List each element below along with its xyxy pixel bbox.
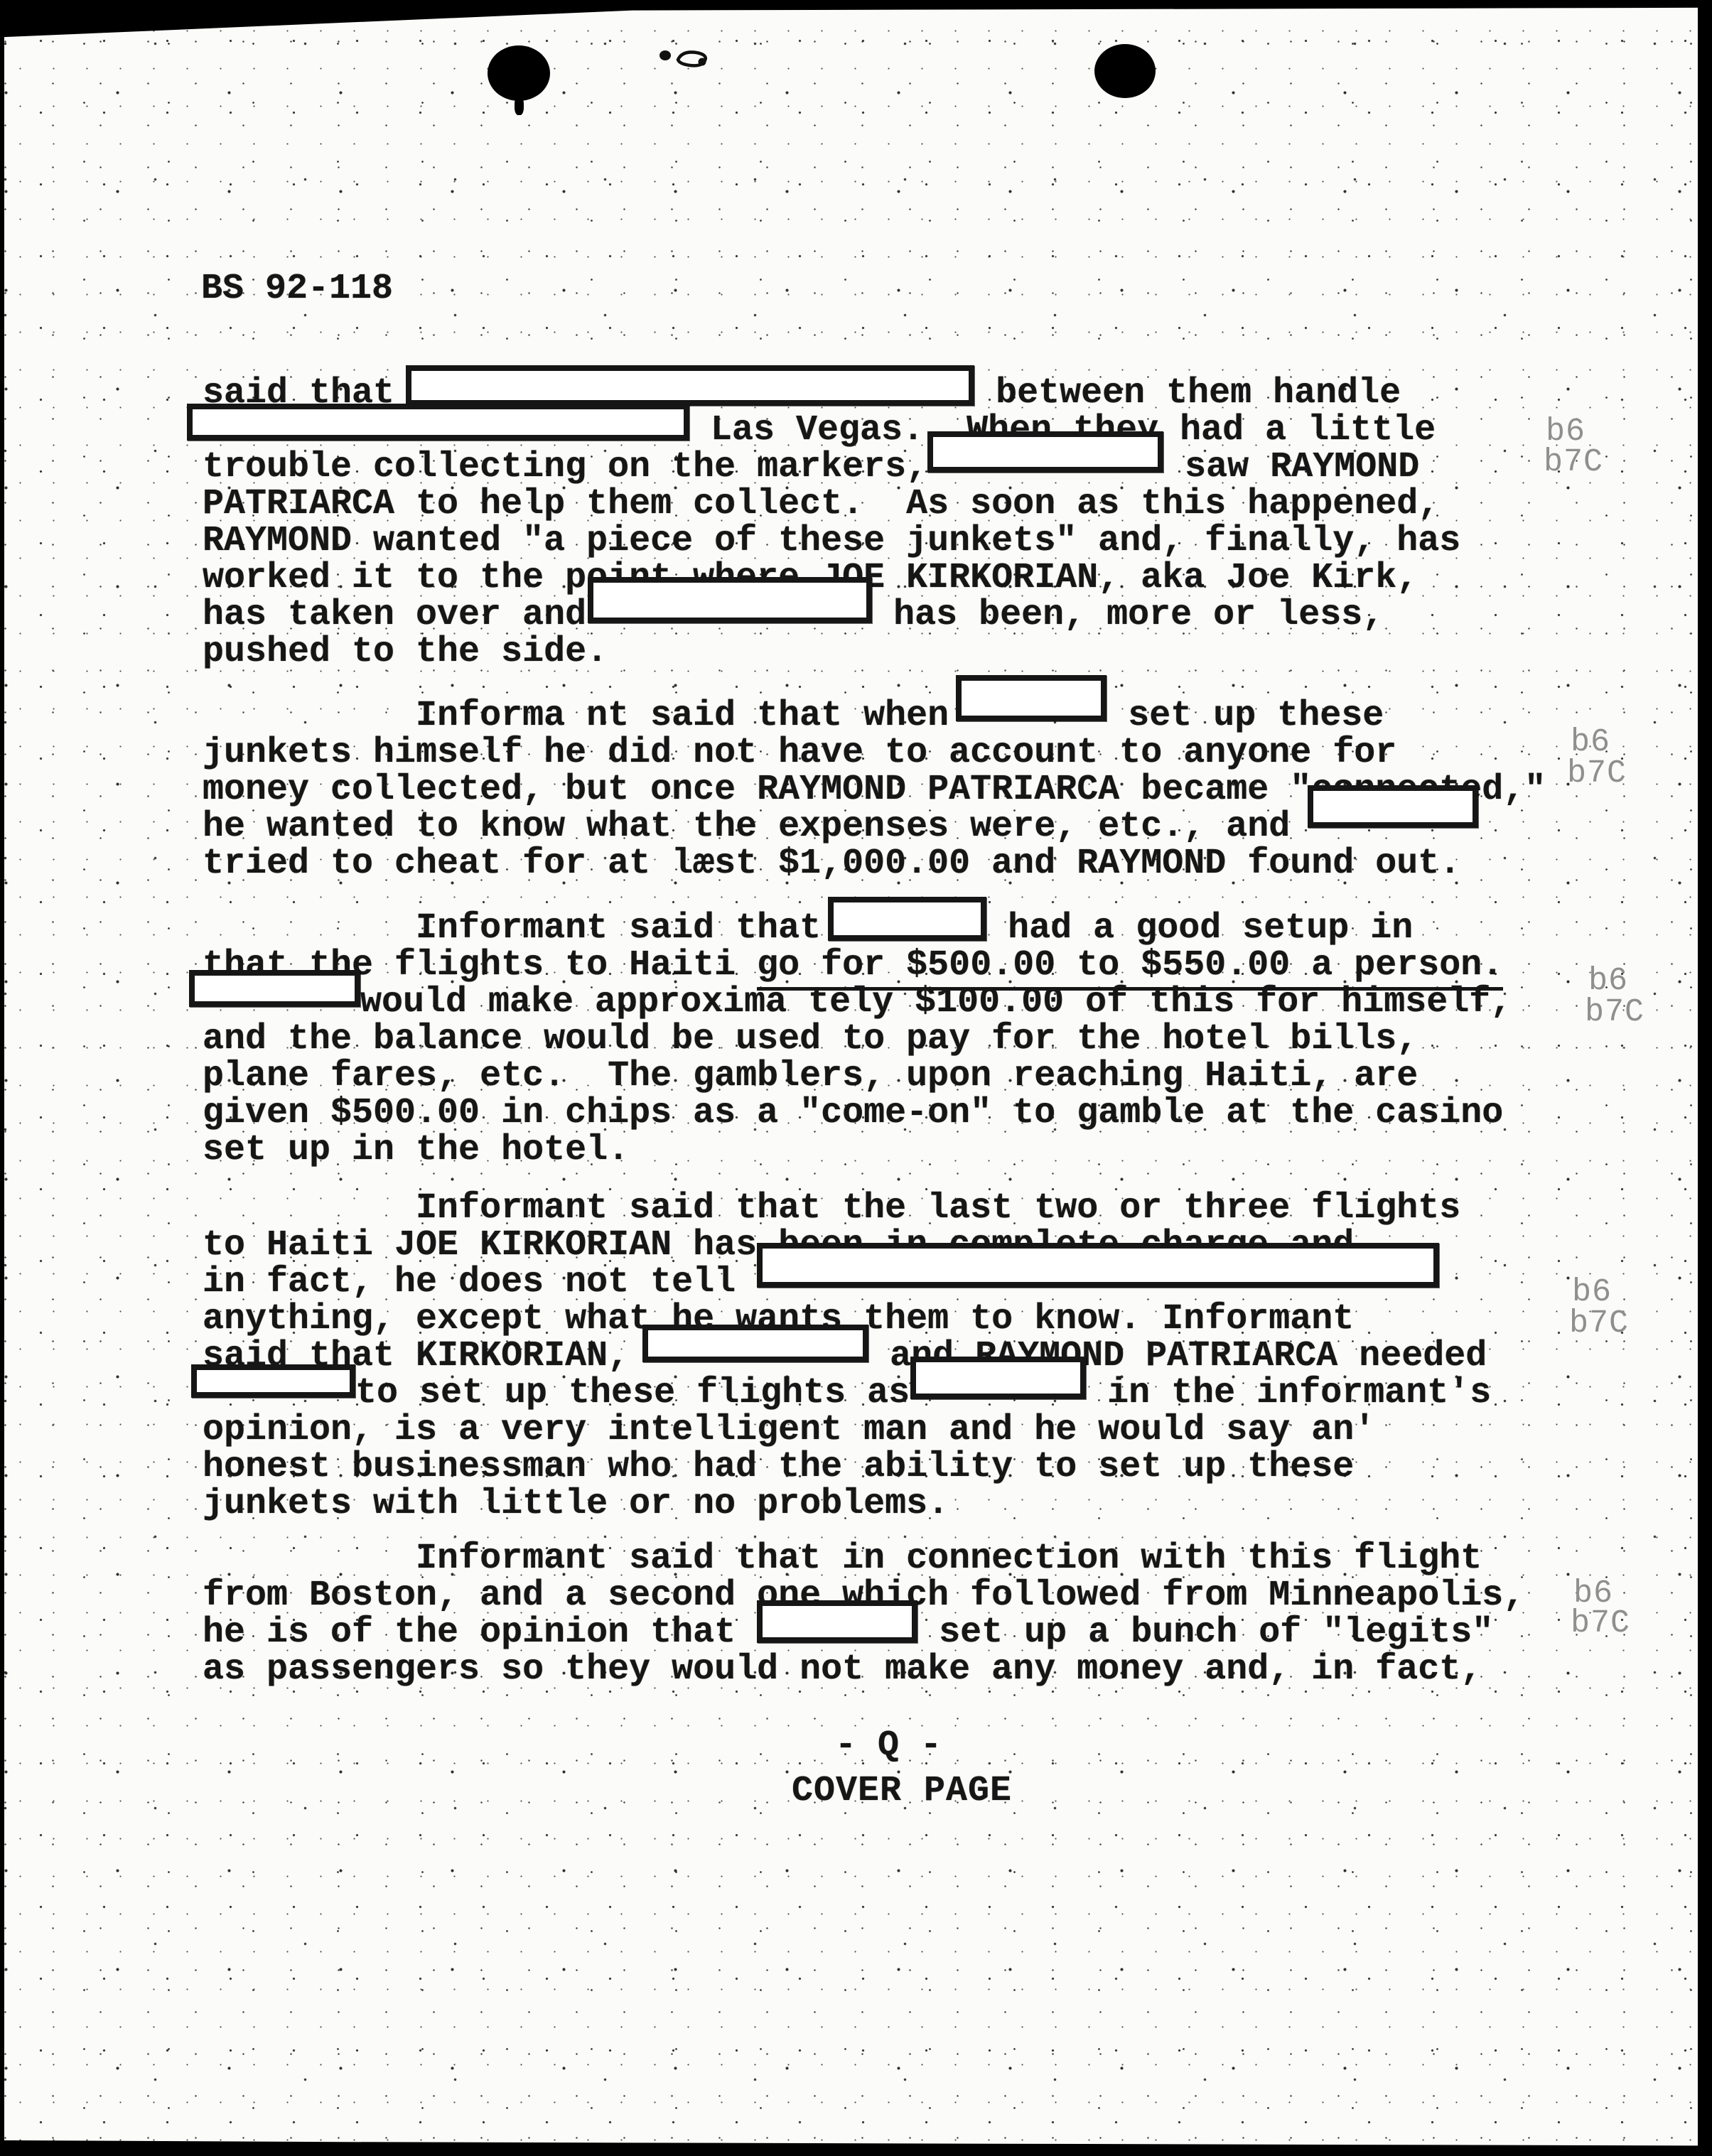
text-line: honest businessman who had the ability t…	[203, 1449, 1491, 1486]
text-line: Informant said that the last two or thre…	[203, 1190, 1491, 1227]
redaction-box-border	[757, 1243, 1439, 1288]
redaction-box	[931, 1401, 1086, 1402]
scan-edge-bottom	[0, 2138, 1712, 2156]
redaction-box-border	[588, 577, 872, 623]
text-line: in fact, he does not tell	[203, 1264, 1491, 1301]
file-number: BS 92-118	[201, 269, 393, 309]
typed-text: he wanted to know what the expenses were…	[203, 807, 1311, 847]
typed-text: junkets himself he did not have to accou…	[203, 733, 1396, 773]
typed-text: in the informant's	[1086, 1373, 1491, 1413]
redaction-box	[650, 1364, 868, 1365]
text-line: Informant said that in connection with t…	[203, 1541, 1524, 1578]
text-line: tried to cheat for at læst $1,000.00 and…	[203, 846, 1546, 883]
typed-text: Informant said that	[203, 908, 842, 949]
typed-text: set up in the hotel.	[203, 1130, 629, 1170]
typed-text: as passengers so they would not make any…	[203, 1649, 1482, 1690]
classification-code: b7C	[1544, 446, 1603, 478]
typed-text: RAYMOND wanted "a piece of these junkets…	[203, 521, 1460, 561]
redaction-box	[608, 623, 872, 624]
redaction-box-border	[1308, 785, 1478, 828]
scanned-document-page: BS 92-118 said that between them handle …	[0, 0, 1712, 2156]
punch-hole-left	[488, 45, 550, 101]
text-line: said that KIRKORIAN, and RAYMOND PATRIAR…	[203, 1338, 1491, 1375]
typed-text: set up a bunch of "legits"	[917, 1612, 1493, 1653]
typed-text: Informant said that in connection with t…	[203, 1538, 1482, 1579]
typed-text: plane fares, etc. The gamblers, upon rea…	[203, 1056, 1418, 1096]
typed-text: pushed to the side.	[203, 632, 608, 672]
text-line: and the balance would be used to pay for…	[203, 1021, 1512, 1058]
text-line: has taken over and has been, more or les…	[203, 597, 1460, 634]
typed-text: saw RAYMOND	[1163, 447, 1419, 487]
redaction-box-border	[406, 365, 974, 406]
redaction-box	[203, 438, 689, 439]
text-line: trouble collecting on the markers, saw R…	[203, 449, 1460, 486]
typed-text: had a good setup in	[986, 908, 1413, 949]
redaction-box-border	[191, 1364, 355, 1398]
text-line: to set up these flights as in the inform…	[203, 1375, 1491, 1412]
redaction-box-border	[189, 970, 360, 1007]
page-number: - Q -	[835, 1725, 942, 1766]
redaction-box	[757, 1641, 917, 1642]
text-line: opinion, is a very intelligent man and h…	[203, 1412, 1491, 1449]
text-line: junkets with little or no problems.	[203, 1486, 1491, 1523]
typed-text: tried to cheat for at læst $1,000.00 and…	[203, 843, 1460, 884]
typed-text: Informant said that the last two or thre…	[203, 1188, 1460, 1229]
redaction-box	[927, 475, 1163, 476]
classification-code: b6	[1571, 726, 1610, 758]
punch-hole-right	[1094, 44, 1156, 98]
ink-scribble	[652, 41, 721, 75]
redaction-box	[970, 724, 1107, 725]
redaction-box	[416, 401, 974, 402]
redaction-box	[757, 1290, 1439, 1291]
typed-text: in fact, he does not tell	[203, 1262, 757, 1303]
text-line: given $500.00 in chips as a "come-on" to…	[203, 1095, 1512, 1132]
text-line: junkets himself he did not have to accou…	[203, 735, 1546, 772]
text-line: as passengers so they would not make any…	[203, 1651, 1524, 1688]
scan-edge-left	[0, 0, 4, 2156]
typed-text: between them handle	[974, 373, 1401, 414]
classification-code: b6	[1546, 416, 1586, 448]
paragraph: Informant said that in connection with t…	[203, 1541, 1524, 1688]
classification-code: b6	[1588, 965, 1628, 997]
text-line: would make approxima tely $100.00 of thi…	[203, 984, 1512, 1021]
paragraph: Informa nt said that when set up theseju…	[203, 698, 1546, 883]
redaction-box-border	[828, 897, 986, 941]
classification-code: b7C	[1571, 1607, 1630, 1639]
cover-page-label: COVER PAGE	[792, 1771, 1012, 1811]
typed-text: honest businessman who had the ability t…	[203, 1447, 1354, 1487]
redaction-box	[203, 1010, 360, 1011]
typed-text: opinion, is a very intelligent man and h…	[203, 1410, 1375, 1450]
typed-text: junkets with little or no problems.	[203, 1484, 949, 1524]
typed-text: would make approxima tely $100.00 of thi…	[360, 982, 1512, 1023]
redaction-box-border	[757, 1600, 917, 1643]
typed-text: to set up these flights as	[355, 1373, 931, 1413]
text-line: Las Vegas. When they had a little	[203, 412, 1460, 449]
redaction-box-border	[927, 431, 1163, 473]
text-line: Informa nt said that when set up these	[203, 698, 1546, 735]
redaction-box	[203, 1401, 355, 1402]
redaction-box	[1311, 835, 1478, 836]
text-line: PATRIARCA to help them collect. As soon …	[203, 486, 1460, 523]
paragraph: said that between them handle Las Vegas.…	[203, 375, 1460, 671]
text-line: RAYMOND wanted "a piece of these junkets…	[203, 523, 1460, 560]
typed-text: has been, more or less,	[872, 595, 1384, 635]
scan-edge-top	[0, 0, 1712, 38]
text-line: set up in the hotel.	[203, 1132, 1512, 1169]
typed-text: he is of the opinion that	[203, 1612, 757, 1653]
typed-text: Informa nt said that when	[203, 696, 970, 736]
text-line: he is of the opinion that set up a bunch…	[203, 1615, 1524, 1651]
text-line: plane fares, etc. The gamblers, upon rea…	[203, 1058, 1512, 1095]
typed-text: trouble collecting on the markers,	[203, 447, 927, 487]
scan-edge-right	[1698, 0, 1712, 2156]
redaction-box	[842, 937, 986, 937]
redaction-box-border	[187, 404, 689, 441]
classification-code: b7C	[1585, 996, 1644, 1028]
redaction-box-border	[910, 1357, 1086, 1399]
typed-text: has taken over and	[203, 595, 608, 635]
classification-code: b7C	[1569, 1308, 1629, 1340]
redaction-box-border	[956, 675, 1107, 721]
text-line: Informant said that had a good setup in	[203, 910, 1512, 947]
typed-text: set up these	[1107, 696, 1384, 736]
paragraph: Informant said that had a good setup int…	[203, 910, 1512, 1169]
typed-text: and the balance would be used to pay for…	[203, 1019, 1418, 1060]
redaction-box-border	[642, 1325, 868, 1362]
typed-text: given $500.00 in chips as a "come-on" to…	[203, 1093, 1503, 1133]
classification-code: b7C	[1567, 758, 1627, 789]
classification-code: b6	[1572, 1276, 1612, 1308]
text-line: that the flights to Haiti go for $500.00…	[203, 947, 1512, 984]
paragraph: Informant said that the last two or thre…	[203, 1190, 1491, 1523]
punch-hole-left-tail	[515, 97, 524, 115]
text-line: he wanted to know what the expenses were…	[203, 809, 1546, 846]
text-line: pushed to the side.	[203, 634, 1460, 671]
typed-text: PATRIARCA to help them collect. As soon …	[203, 484, 1439, 524]
